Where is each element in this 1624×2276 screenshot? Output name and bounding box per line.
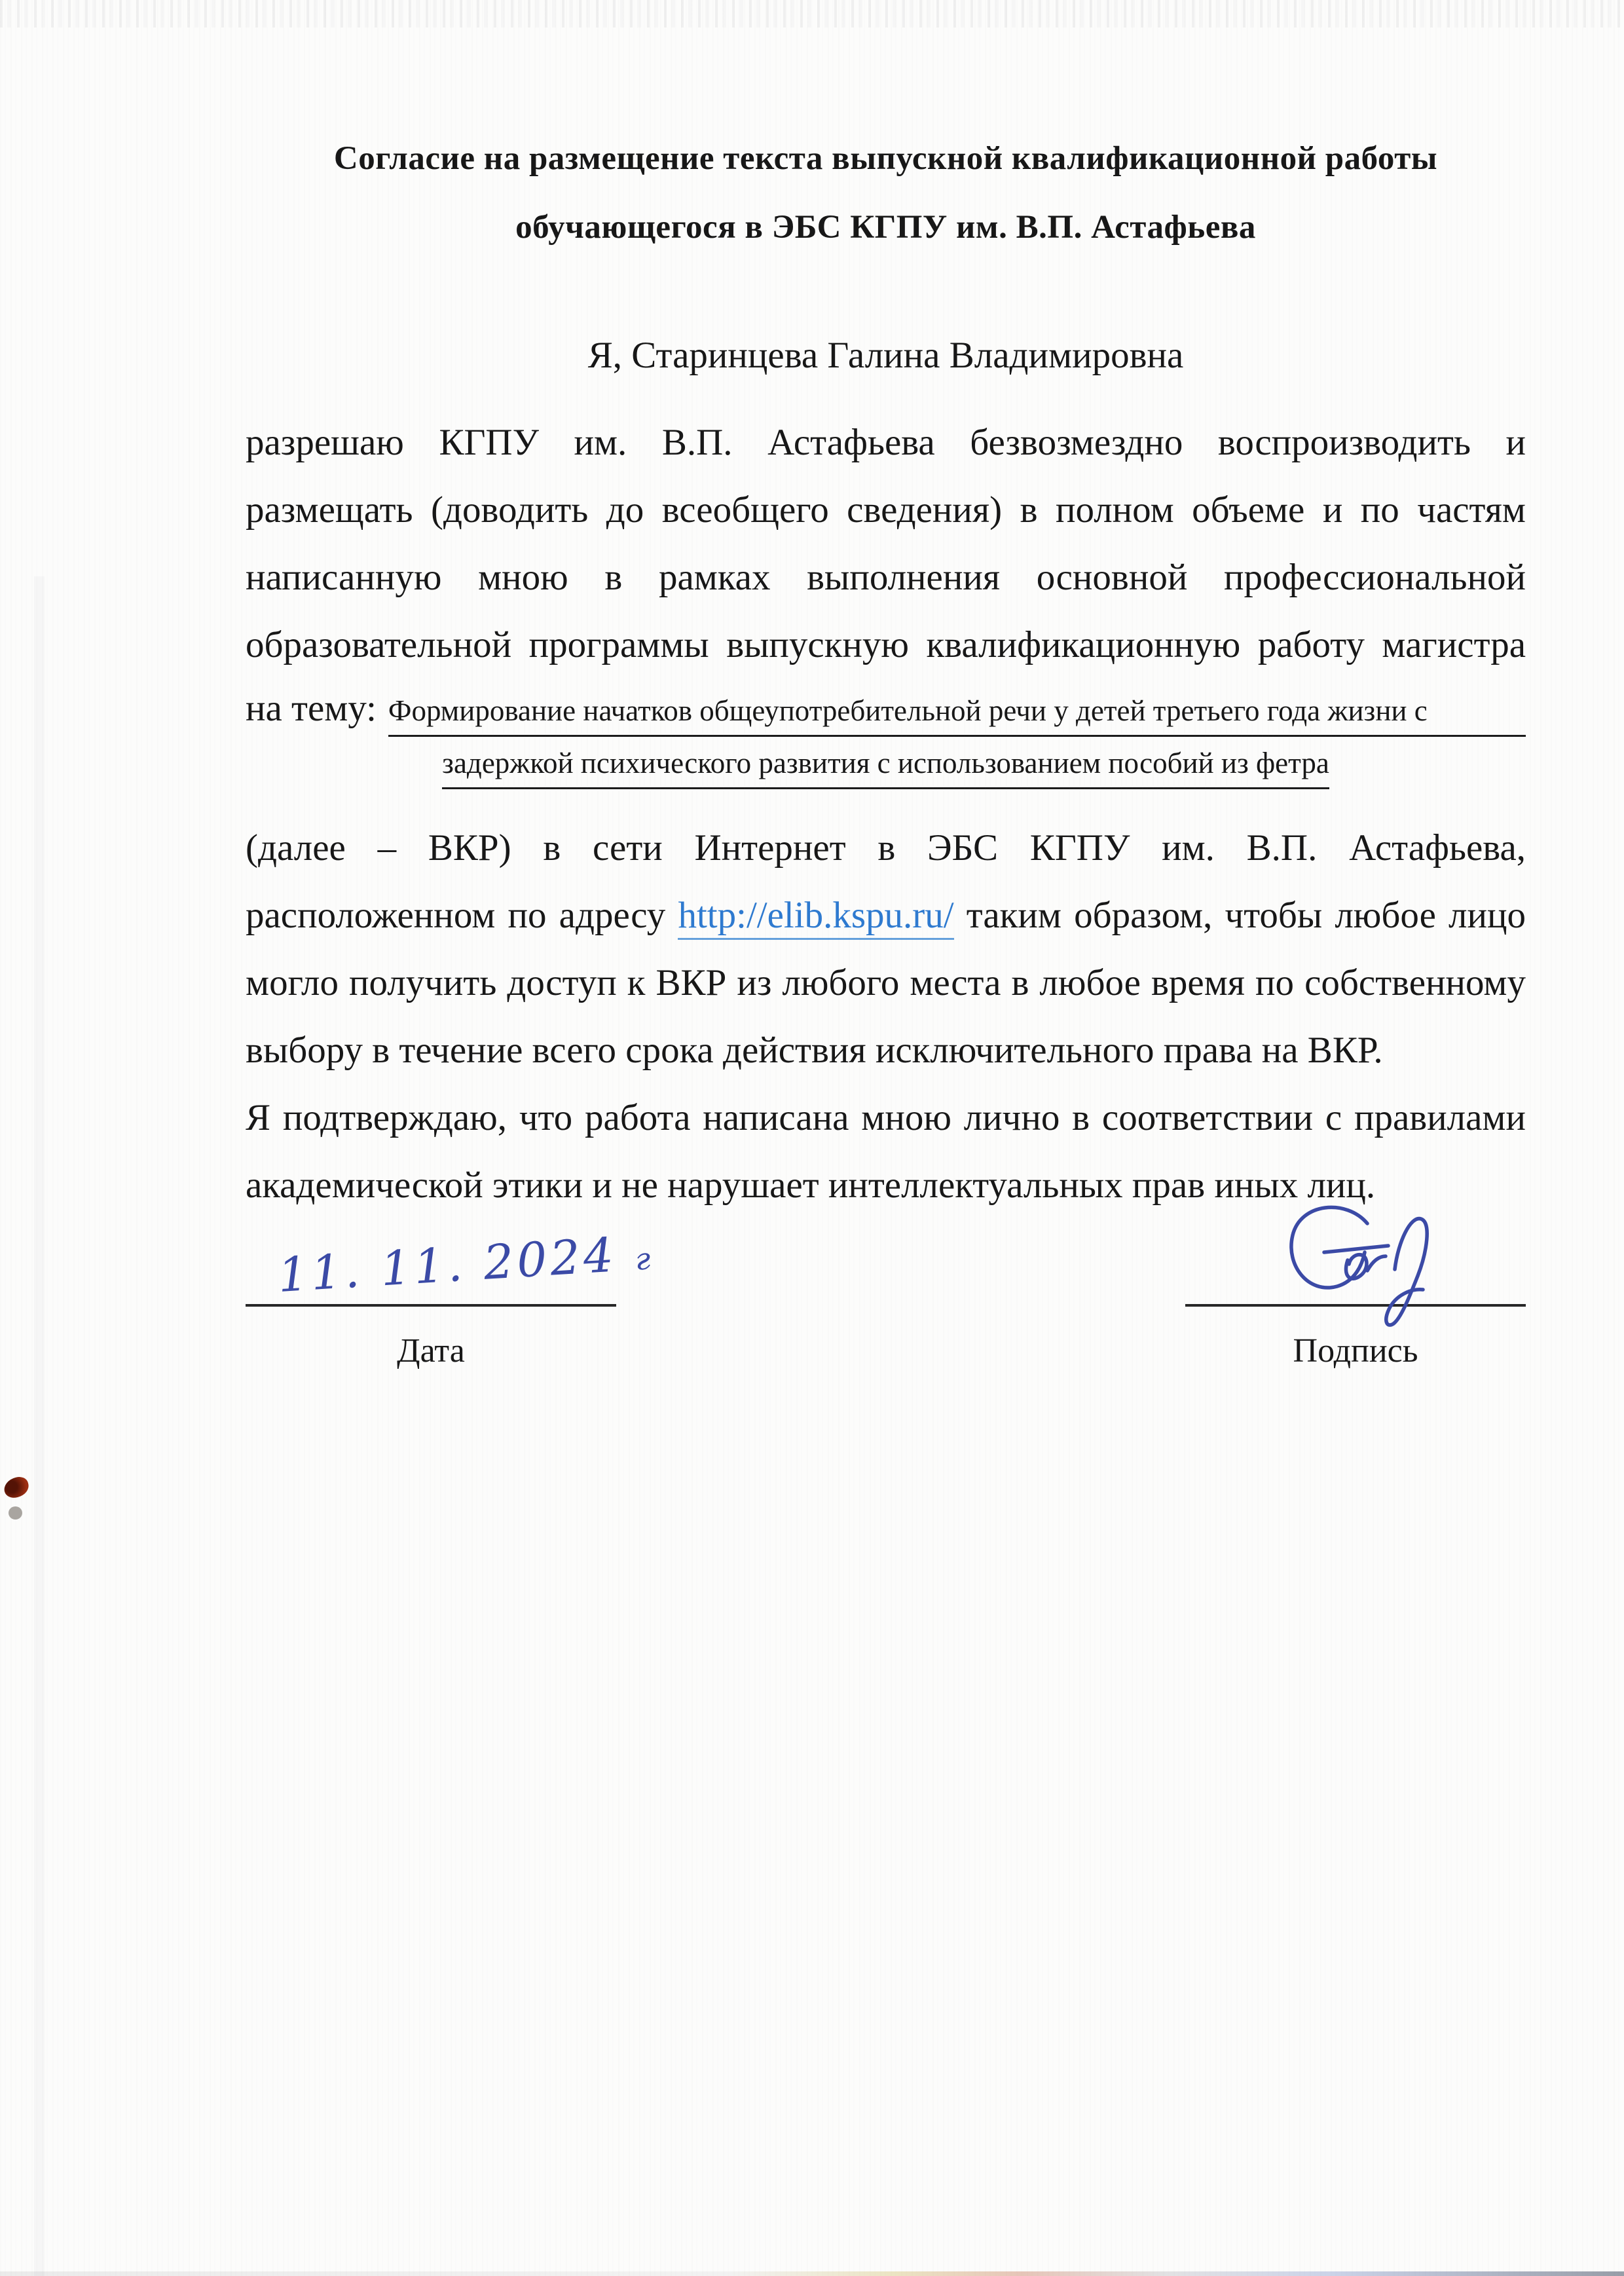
body-line: разрешаю КГПУ им. В.П. Астафьева безвозм… [246,409,1526,476]
scanned-consent-document: Согласие на размещение текста выпускной … [0,0,1624,2276]
scan-bottom-edge-artifact [0,2271,1624,2276]
declarant-name-line: Я, Старинцева Галина Владимировна [246,335,1526,376]
document-content: Согласие на размещение текста выпускной … [0,0,1624,1371]
topic-title-line-2: задержкой психического развития с исполь… [442,747,1329,789]
body-line: размещать (доводить до всеобщего сведени… [246,476,1526,544]
body-line: могло получить доступ к ВКР из любого ме… [246,949,1526,1017]
date-label: Дата [246,1332,616,1371]
topic-label: на тему: [246,679,377,739]
date-block: 11. 11. 2024 г Дата [246,1227,616,1371]
body-line: образовательной программы выпускную квал… [246,611,1526,679]
handwritten-date-value: 11. 11. 2024 [276,1227,618,1303]
red-ink-smudge [2,1475,31,1500]
title-line-2: обучающегося в ЭБС КГПУ им. В.П. Астафье… [246,193,1526,262]
document-title: Согласие на размещение текста выпускной … [246,0,1526,262]
signature-label: Подпись [1185,1332,1526,1371]
body-line: (далее – ВКР) в сети Интернет в ЭБС КГПУ… [246,814,1526,882]
link-line-pre: расположенном по адресу [246,895,665,936]
title-line-1: Согласие на размещение текста выпускной … [246,124,1526,193]
handwritten-signature [1269,1196,1466,1337]
topic-title-line-1: Формирование начатков общеупотребительно… [388,694,1526,737]
document-body: разрешаю КГПУ им. В.П. Астафьева безвозм… [246,409,1526,1219]
signature-footer: 11. 11. 2024 г Дата [246,1227,1526,1371]
date-signature-line: 11. 11. 2024 г [246,1227,616,1307]
topic-title-line-2-wrap: задержкой психического развития с исполь… [246,740,1526,784]
topic-row: на тему: Формирование начатков общеупотр… [246,679,1526,739]
body-line: Я подтверждаю, что работа написана мною … [246,1084,1526,1151]
body-line: написанную мною в рамках выполнения осно… [246,544,1526,611]
body-line: выбору в течение всего срока действия ис… [246,1017,1526,1084]
link-line-post: таким образом, чтобы любое лицо [967,895,1526,936]
signature-line [1185,1227,1526,1307]
handwritten-date-suffix: г [634,1241,652,1277]
gray-speck [9,1506,22,1520]
body-line-with-link: расположенном по адресу http://elib.kspu… [246,882,1526,949]
handwritten-date: 11. 11. 2024 г [276,1225,652,1303]
signature-block: Подпись [1185,1227,1526,1371]
elib-url-text: http://elib.kspu.ru/ [678,895,953,940]
